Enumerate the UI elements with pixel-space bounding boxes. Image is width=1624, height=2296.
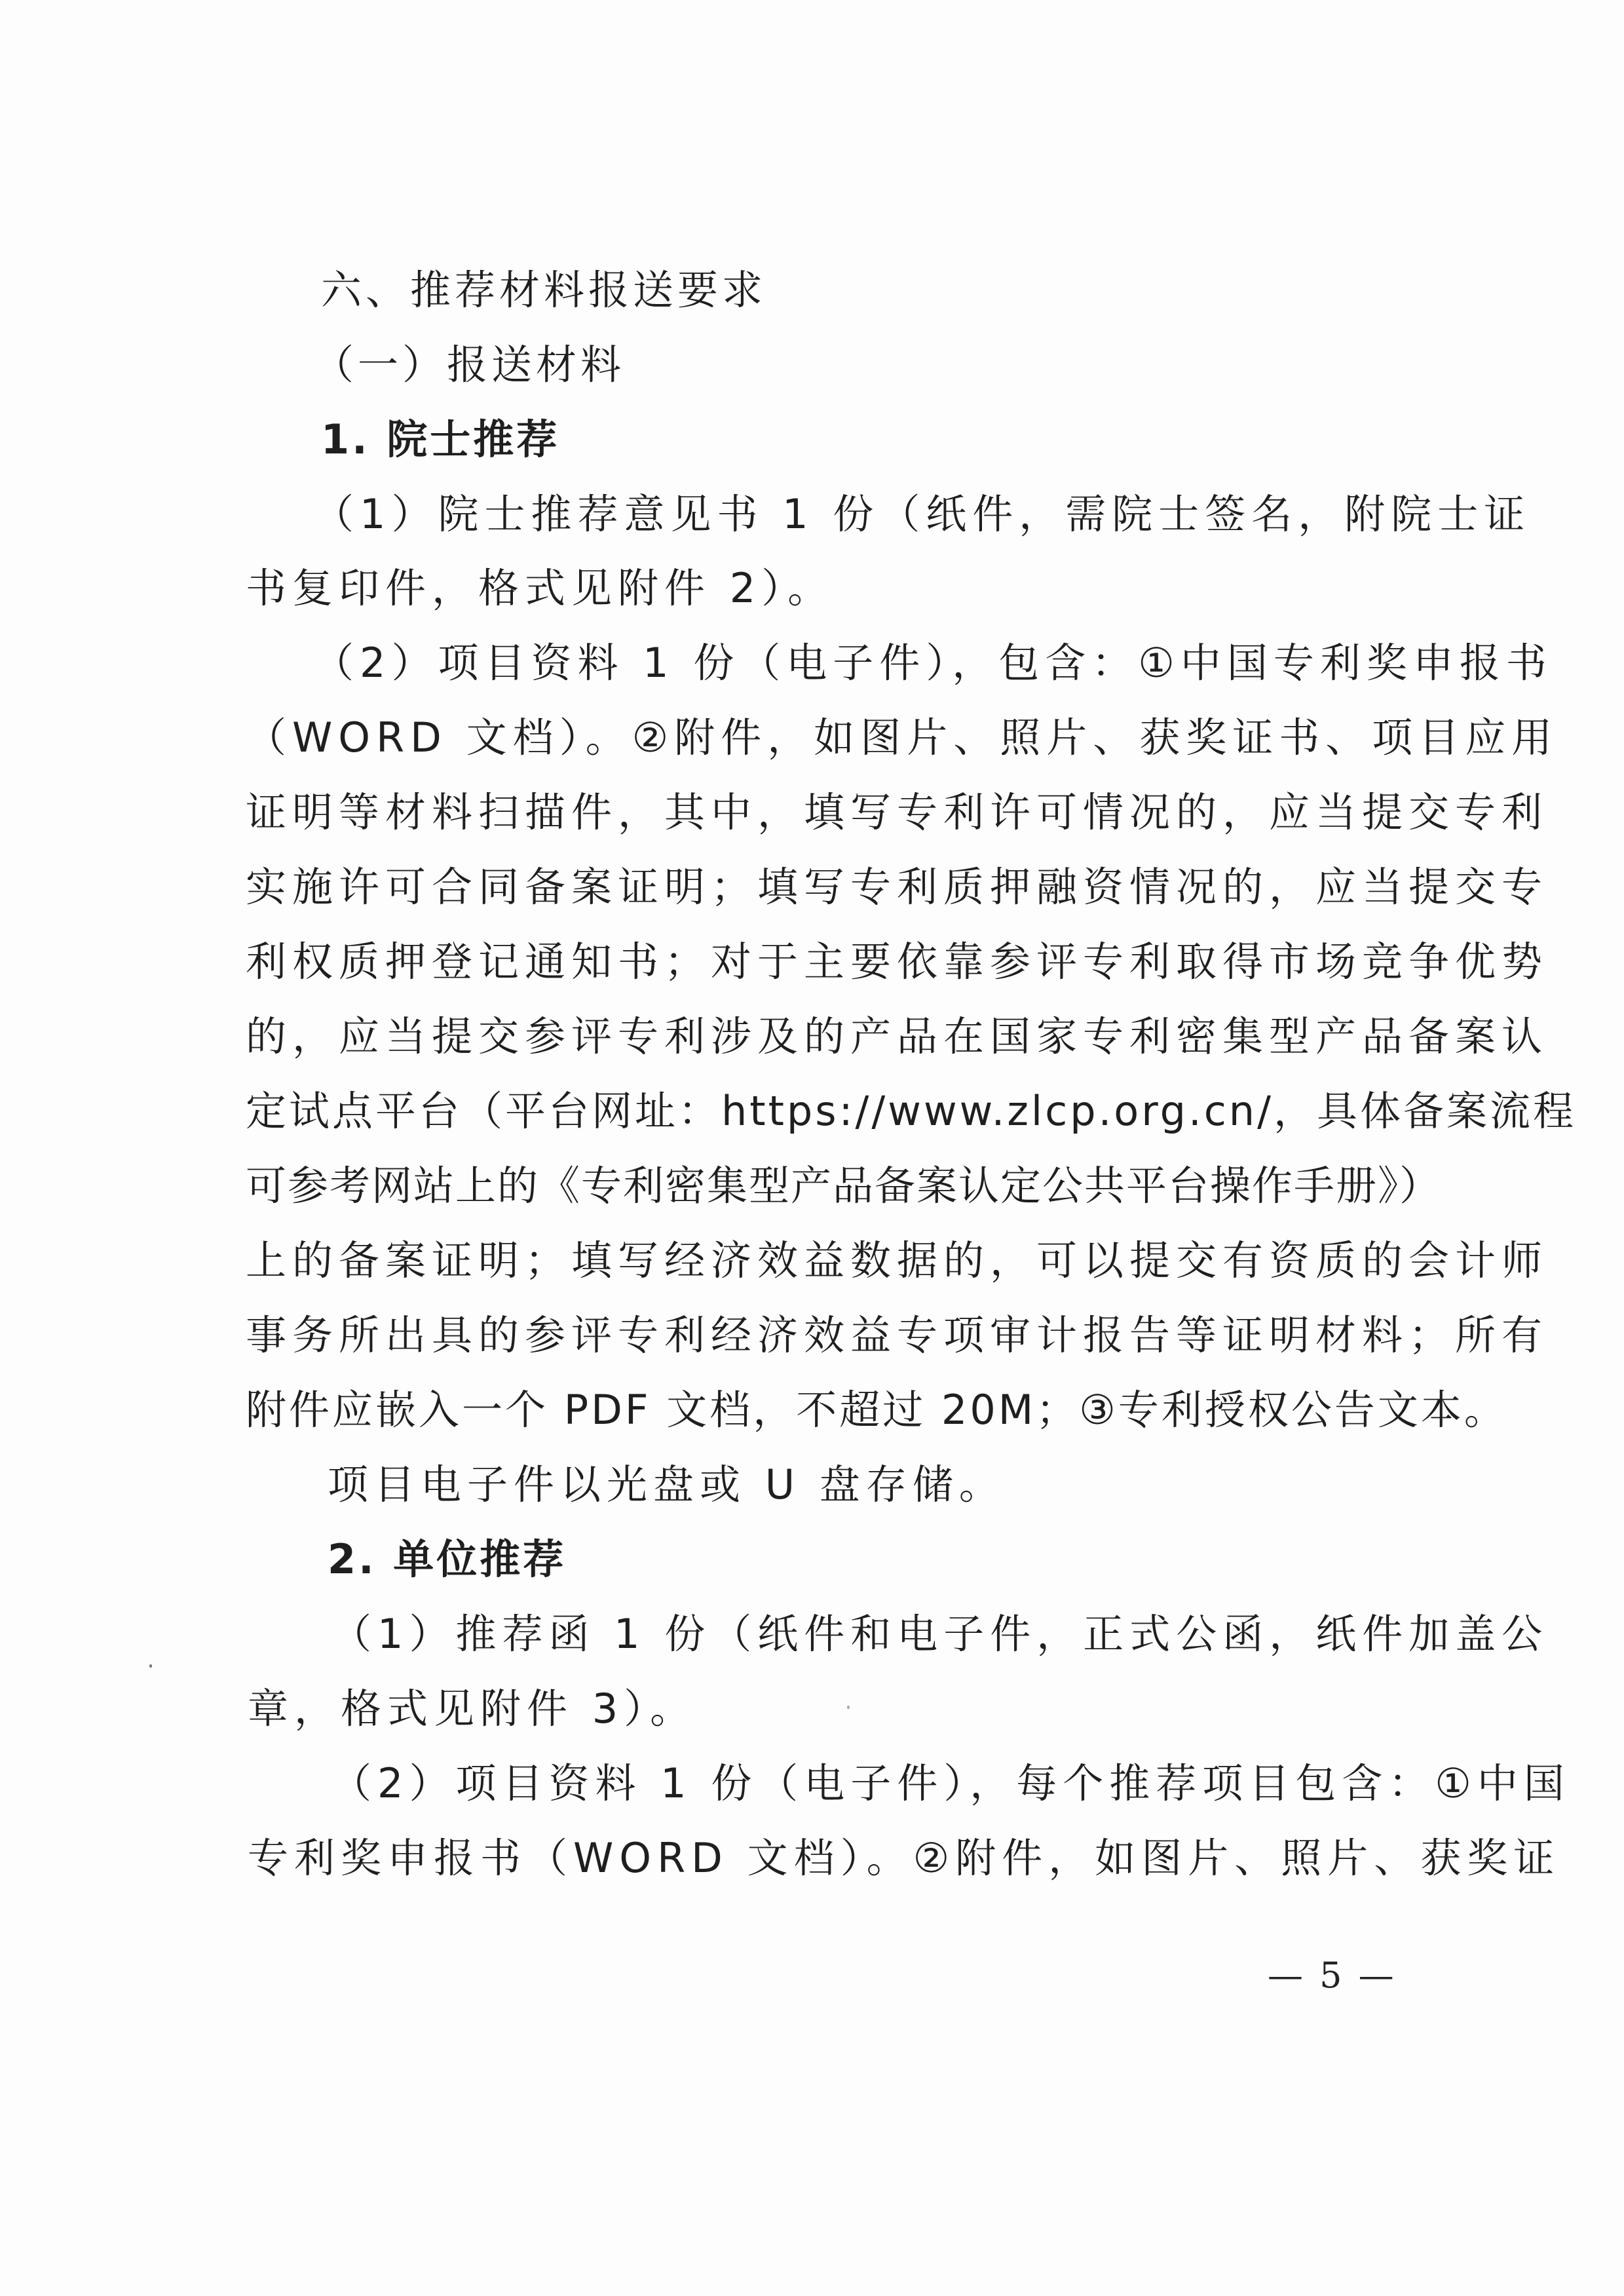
section-title: 六、推荐材料报送要求	[321, 264, 1399, 316]
document-page: 六、推荐材料报送要求 （一）报送材料 1. 院士推荐 （1）院士推荐意见书 1 …	[0, 0, 1624, 2296]
page-number: — 5 —	[1268, 1956, 1397, 1995]
paragraph-line: 可参考网站上的《专利密集型产品备案认定公共平台操作手册》）	[246, 1160, 1399, 1212]
paragraph-line: 证明等材料扫描件，其中，填写专利许可情况的，应当提交专利	[246, 786, 1399, 839]
paragraph-line: 专利奖申报书（WORD 文档）。②附件，如图片、照片、获奖证	[248, 1832, 1418, 1885]
scan-speck	[149, 1664, 152, 1668]
paragraph-line: 的，应当提交参评专利涉及的产品在国家专利密集型产品备案认	[246, 1010, 1399, 1063]
paragraph-line: （1）院士推荐意见书 1 份（纸件，需院士签名，附院士证	[313, 488, 1399, 541]
paragraph-line: 利权质押登记通知书；对于主要依靠参评专利取得市场竞争优势	[246, 936, 1399, 988]
paragraph-line: 书复印件，格式见附件 2）。	[246, 562, 1399, 615]
paragraph-line: 事务所出具的参评专利经济效益专项审计报告等证明材料；所有	[246, 1309, 1399, 1362]
paragraph-line: 附件应嵌入一个 PDF 文档，不超过 20M；③专利授权公告文本。	[246, 1384, 1399, 1436]
part2-heading: 2. 单位推荐	[328, 1533, 1405, 1586]
paragraph-line: （2）项目资料 1 份（电子件），每个推荐项目包含：①中国	[331, 1757, 1418, 1810]
subsection-title: （一）报送材料	[313, 339, 1391, 391]
part1-heading: 1. 院士推荐	[321, 413, 1399, 466]
scan-speck	[847, 1706, 850, 1709]
paragraph-line: 上的备案证明；填写经济效益数据的，可以提交有资质的会计师	[246, 1234, 1399, 1287]
paragraph-line: （2）项目资料 1 份（电子件），包含：①中国专利奖申报书	[313, 637, 1399, 689]
paragraph-line: （WORD 文档）。②附件，如图片、照片、获奖证书、项目应用	[246, 712, 1399, 764]
paragraph-line: 实施许可合同备案证明；填写专利质押融资情况的，应当提交专	[246, 861, 1399, 913]
paragraph-line: 项目电子件以光盘或 U 盘存储。	[328, 1459, 1405, 1511]
paragraph-line: （1）推荐函 1 份（纸件和电子件，正式公函，纸件加盖公	[331, 1608, 1418, 1660]
paragraph-line: 章，格式见附件 3）。	[248, 1683, 1401, 1735]
paragraph-line-with-url: 定试点平台（平台网址：https://www.zlcp.org.cn/，具体备案…	[246, 1085, 1399, 1138]
